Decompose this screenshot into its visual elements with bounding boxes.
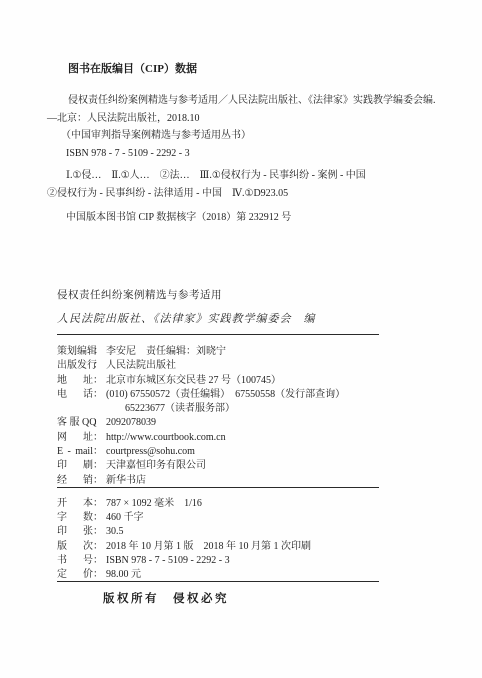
info-row-printer: 印 刷：天津嘉恒印务有限公司 <box>57 459 345 473</box>
info-colon: ： <box>93 388 103 402</box>
info-colon: ： <box>93 540 103 554</box>
info-label: 书 号 <box>57 554 93 568</box>
print-info-list: 开 本：787 × 1092 毫米 1/16 字 数：460 千字 印 张：30… <box>57 497 311 582</box>
info-value: 新华书店 <box>106 474 146 488</box>
divider <box>57 581 379 582</box>
info-value: 天津嘉恒印务有限公司 <box>106 459 206 473</box>
info-value: 30.5 <box>106 525 124 539</box>
info-row-distributor: 经 销：新华书店 <box>57 474 345 488</box>
info-label: 出版发行 <box>57 359 93 373</box>
info-colon: ： <box>93 554 103 568</box>
info-value: 65223677（读者服务部） <box>125 402 235 416</box>
book-title: 侵权责任纠纷案例精选与参考适用 <box>57 289 437 302</box>
info-colon: ： <box>93 497 103 511</box>
info-value: 北京市东城区东交民巷 27 号（100745） <box>106 374 281 388</box>
info-label: 策划编辑 <box>57 345 93 359</box>
copyright-page: 图书在版编目（CIP）数据 侵权责任纠纷案例精选与参考适用／人民法院出版社、《法… <box>0 0 482 678</box>
info-label: 客 服 QQ <box>57 416 93 430</box>
cip-heading: 图书在版编目（CIP）数据 <box>68 62 452 77</box>
info-label: 开 本 <box>57 497 93 511</box>
info-colon: ： <box>93 359 103 373</box>
info-label: 网 址 <box>57 431 93 445</box>
info-row-publisher: 出版发行：人民法院出版社 <box>57 359 345 373</box>
title-block: 侵权责任纠纷案例精选与参考适用 人民法院出版社、《法律家》实践教学编委会 编 <box>57 289 437 326</box>
info-colon: ： <box>93 474 103 488</box>
cip-isbn-line: ISBN 978 - 7 - 5109 - 2292 - 3 <box>66 145 452 163</box>
info-value: 2018 年 10 月第 1 版 2018 年 10 月第 1 次印刷 <box>106 540 311 554</box>
info-label: 电 话 <box>57 388 93 402</box>
info-row-website: 网 址：http://www.courtbook.com.cn <box>57 431 345 445</box>
info-row-phone: 电 话：(010) 67550572（责任编辑） 67550558（发行部查询） <box>57 388 345 402</box>
info-value: 2092078039 <box>106 416 156 430</box>
cip-block: 图书在版编目（CIP）数据 侵权责任纠纷案例精选与参考适用／人民法院出版社、《法… <box>47 62 452 227</box>
info-label: 印 刷 <box>57 459 93 473</box>
cip-series-line: （中国审判指导案例精选与参考适用丛书） <box>61 127 452 145</box>
cip-classification-line: Ⅰ.①侵… Ⅱ.①人… ②法… Ⅲ.①侵权行为 - 民事纠纷 - 案例 - 中国 <box>66 167 452 185</box>
book-author: 人民法院出版社、《法律家》实践教学编委会 编 <box>57 313 437 326</box>
email-address-text: courtpress@sohu.com <box>106 445 195 459</box>
info-row-edition: 版 次：2018 年 10 月第 1 版 2018 年 10 月第 1 次印刷 <box>57 540 311 554</box>
info-row-phone-continued: 65223677（读者服务部） <box>57 402 345 416</box>
info-row-planning-editor: 策划编辑：李安尼 责任编辑：刘晓宁 <box>57 345 345 359</box>
info-row-sheets: 印 张：30.5 <box>57 525 311 539</box>
info-label: 版 次 <box>57 540 93 554</box>
cip-classification-line: ②侵权行为 - 民事纠纷 - 法律适用 - 中国 Ⅳ.①D923.05 <box>47 185 452 203</box>
info-value: 460 千字 <box>106 511 144 525</box>
info-value: ISBN 978 - 7 - 5109 - 2292 - 3 <box>106 554 230 568</box>
info-colon: ： <box>93 459 103 473</box>
info-value: 人民法院出版社 <box>106 359 176 373</box>
cip-description-line: —北京：人民法院出版社，2018.10 <box>47 110 452 128</box>
info-row-address: 地 址：北京市东城区东交民巷 27 号（100745） <box>57 374 345 388</box>
info-row-isbn: 书 号：ISBN 978 - 7 - 5109 - 2292 - 3 <box>57 554 311 568</box>
info-row-email: E - mail：courtpress@sohu.com <box>57 445 345 459</box>
info-colon: ： <box>93 416 103 430</box>
info-colon: ： <box>93 374 103 388</box>
website-url-text: http://www.courtbook.com.cn <box>106 431 226 445</box>
info-colon: ： <box>93 525 103 539</box>
info-colon: ： <box>93 345 103 359</box>
info-value: (010) 67550572（责任编辑） 67550558（发行部查询） <box>106 388 345 402</box>
cip-description-line: 侵权责任纠纷案例精选与参考适用／人民法院出版社、《法律家》实践教学编委会编. <box>68 92 452 110</box>
cip-record-number-line: 中国版本图书馆 CIP 数据核字（2018）第 232912 号 <box>66 209 452 227</box>
info-row-qq: 客 服 QQ：2092078039 <box>57 416 345 430</box>
copyright-notice: 版权所有 侵权必究 <box>103 590 229 606</box>
divider <box>57 487 379 488</box>
info-value: 787 × 1092 毫米 1/16 <box>106 497 202 511</box>
info-label: 地 址 <box>57 374 93 388</box>
info-label: 经 销 <box>57 474 93 488</box>
info-label: 字 数 <box>57 511 93 525</box>
info-row-word-count: 字 数：460 千字 <box>57 511 311 525</box>
info-colon: ： <box>93 445 103 459</box>
info-row-format: 开 本：787 × 1092 毫米 1/16 <box>57 497 311 511</box>
divider <box>57 334 379 335</box>
info-label: 印 张 <box>57 525 93 539</box>
info-colon: ： <box>93 511 103 525</box>
publisher-info-list: 策划编辑：李安尼 责任编辑：刘晓宁 出版发行：人民法院出版社 地 址：北京市东城… <box>57 345 345 488</box>
info-colon: ： <box>93 431 103 445</box>
info-value: 李安尼 责任编辑：刘晓宁 <box>106 345 226 359</box>
info-label: E - mail <box>57 445 93 459</box>
